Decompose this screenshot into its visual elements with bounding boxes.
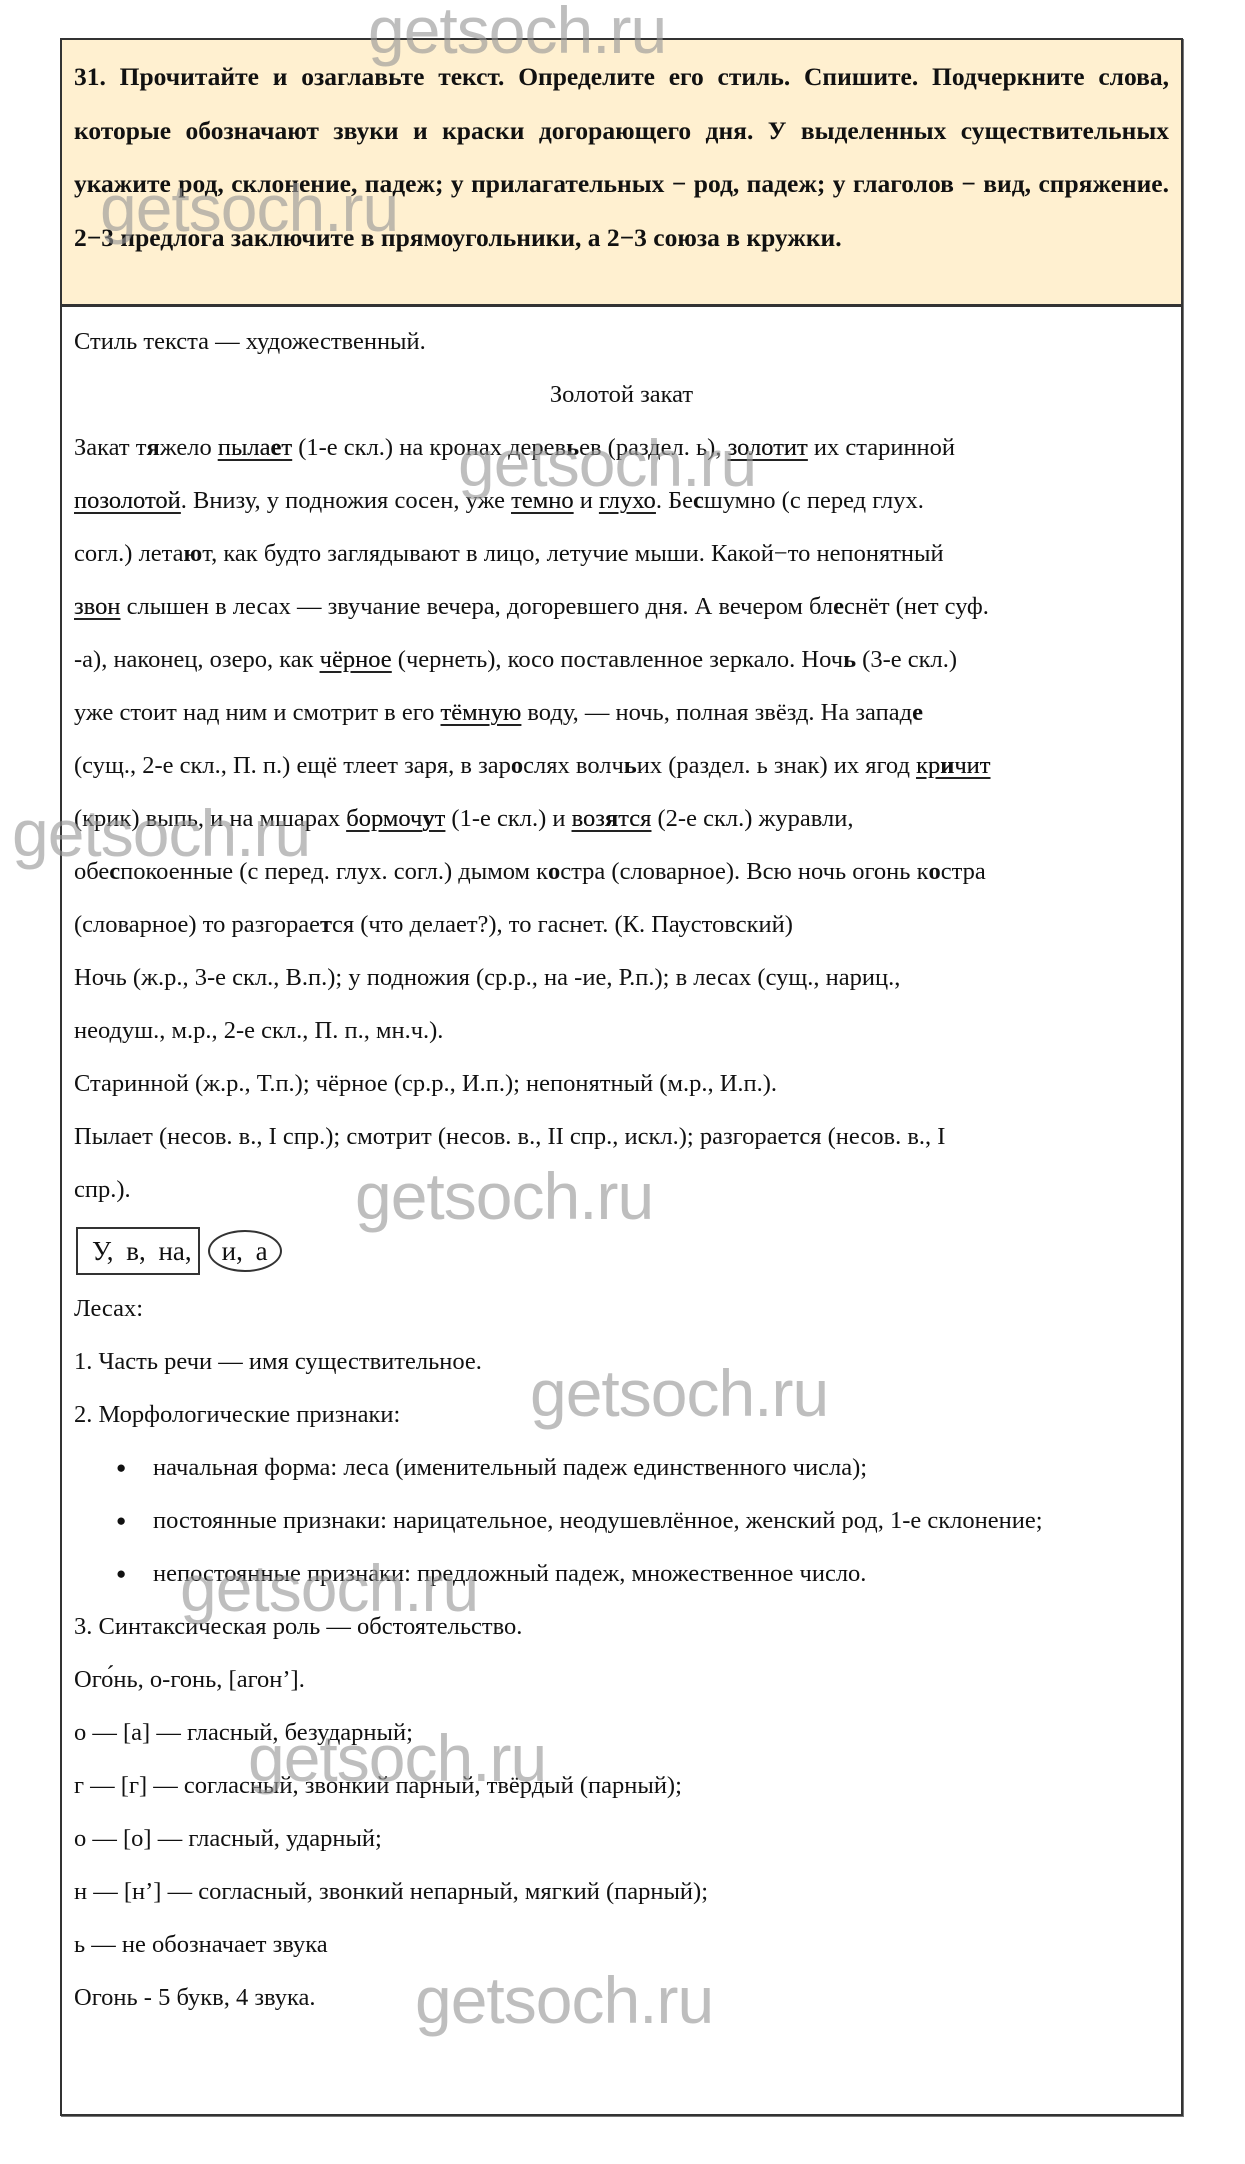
passage-line: позолотой. Внизу, у подножия сосен, уже …: [74, 474, 1169, 527]
syntax-role: 3. Синтаксическая роль — обстоятельство.: [74, 1600, 1169, 1653]
underlined-word: темно: [511, 487, 573, 514]
passage-line: звон слышен в лесах — звучание вечера, д…: [74, 580, 1169, 633]
underlined-word: позолотой: [74, 487, 181, 514]
verbs-analysis-1: Пылает (несов. в., I спр.); смотрит (нес…: [74, 1110, 1169, 1163]
underlined-word: у: [422, 805, 434, 832]
passage-line: -а), наконец, озеро, как чёрное (чернеть…: [74, 633, 1169, 686]
underlined-word: т: [435, 805, 446, 832]
underlined-word: глухо: [599, 487, 656, 514]
morph-item: постоянные признаки: нарицательное, неод…: [116, 1494, 1169, 1547]
answer-body: Стиль текста — художественный. Золотой з…: [62, 307, 1181, 2024]
phonetic-line: н — [н’] — согласный, звонкий непарный, …: [74, 1865, 1169, 1918]
phonetic-line: о — [а] — гласный, безударный;: [74, 1706, 1169, 1759]
morph-heading: 2. Морфологические признаки:: [74, 1388, 1169, 1441]
marked-words: У, в, на, и, а: [76, 1220, 1169, 1282]
task-text: 31. Прочитайте и озаглавьте текст. Опред…: [74, 50, 1169, 264]
phonetic-summary: Огонь - 5 букв, 4 звука.: [74, 1971, 1169, 2024]
passage: Закат тяжело пылает (1-е скл.) на кронах…: [74, 421, 1169, 951]
morph-item: непостоянные признаки: предложный падеж,…: [116, 1547, 1169, 1600]
passage-line: уже стоит над ним и смотрит в его тёмную…: [74, 686, 1169, 739]
underlined-word: и: [940, 752, 954, 779]
nouns-analysis-2: неодуш., м.р., 2-е скл., П. п., мн.ч.).: [74, 1004, 1169, 1057]
exercise-card: 31. Прочитайте и озаглавьте текст. Опред…: [60, 38, 1183, 2116]
underlined-word: кр: [916, 752, 940, 779]
phonetic-line: г — [г] — согласный, звонкий парный, твё…: [74, 1759, 1169, 1812]
phonetic-line: о — [о] — гласный, ударный;: [74, 1812, 1169, 1865]
task-header: 31. Прочитайте и озаглавьте текст. Опред…: [62, 40, 1181, 307]
underlined-word: пыла: [218, 434, 271, 461]
underlined-word: я: [605, 805, 618, 832]
phonetic-line: ь — не обозначает звука: [74, 1918, 1169, 1971]
underlined-word: звон: [74, 593, 120, 620]
underlined-word: тёмную: [441, 699, 522, 726]
conjunctions-circle: и, а: [208, 1230, 282, 1272]
adjectives-analysis: Старинной (ж.р., Т.п.); чёрное (ср.р., И…: [74, 1057, 1169, 1110]
passage-title: Золотой закат: [74, 368, 1169, 421]
underlined-word: т: [281, 434, 292, 461]
passage-line: (сущ., 2-е скл., П. п.) ещё тлеет заря, …: [74, 739, 1169, 792]
passage-line: (крик) выпь, и на мшарах бормочут (1-е с…: [74, 792, 1169, 845]
underlined-word: чёрное: [320, 646, 392, 673]
prepositions-box: У, в, на,: [76, 1227, 200, 1275]
passage-line: Закат тяжело пылает (1-е скл.) на кронах…: [74, 421, 1169, 474]
task-instructions: Прочитайте и озаглавьте текст. Определит…: [74, 62, 1169, 252]
underlined-word: тся: [618, 805, 651, 832]
nouns-analysis-1: Ночь (ж.р., 3-е скл., В.п.); у подножия …: [74, 951, 1169, 1004]
task-number: 31.: [74, 62, 106, 91]
analysis-word: Лесах:: [74, 1282, 1169, 1335]
underlined-word: е: [271, 434, 282, 461]
style-line: Стиль текста — художественный.: [74, 315, 1169, 368]
passage-line: (словарное) то разгорается (что делает?)…: [74, 898, 1169, 951]
underlined-word: воз: [572, 805, 605, 832]
underlined-word: золотит: [728, 434, 808, 461]
phonetic-header: Ого́нь, о-гонь, [агон’].: [74, 1653, 1169, 1706]
passage-line: обеспокоенные (с перед. глух. согл.) дым…: [74, 845, 1169, 898]
passage-line: согл.) летают, как будто заглядывают в л…: [74, 527, 1169, 580]
underlined-word: чит: [954, 752, 990, 779]
morph-item: начальная форма: леса (именительный паде…: [116, 1441, 1169, 1494]
morph-list: начальная форма: леса (именительный паде…: [74, 1441, 1169, 1600]
part-of-speech: 1. Часть речи — имя существительное.: [74, 1335, 1169, 1388]
underlined-word: бормоч: [346, 805, 422, 832]
verbs-analysis-2: спр.).: [74, 1163, 1169, 1216]
